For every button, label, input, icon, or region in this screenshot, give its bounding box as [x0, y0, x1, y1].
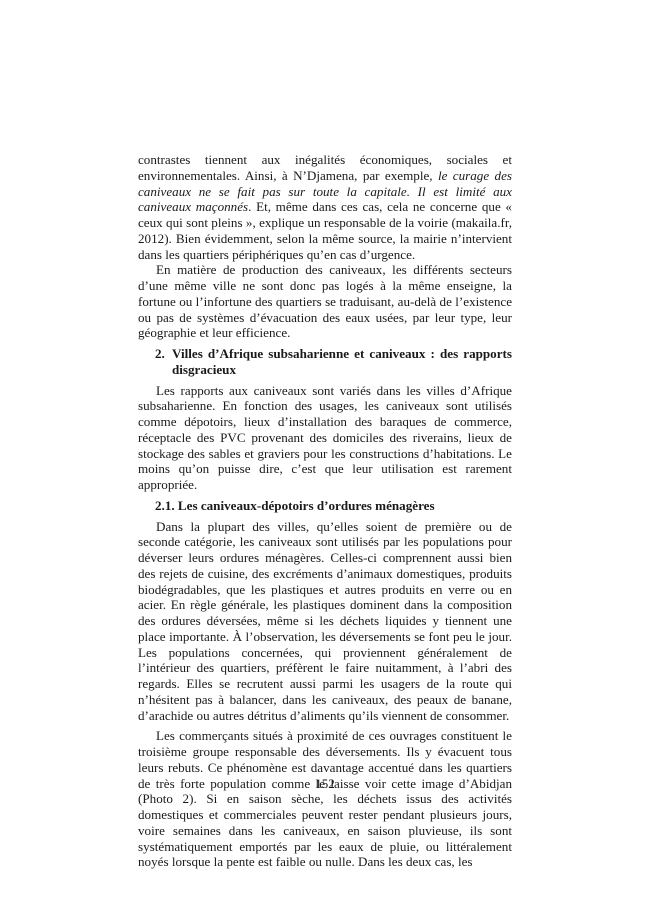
page-body: contrastes tiennent aux inégalités écono… — [138, 152, 512, 870]
paragraph-4: Dans la plupart des villes, qu’elles soi… — [138, 519, 512, 724]
section-number: 2. — [155, 346, 172, 378]
section-title: Villes d’Afrique subsaharienne et canive… — [172, 346, 512, 378]
paragraph-2: En matière de production des caniveaux, … — [138, 262, 512, 341]
paragraph-1: contrastes tiennent aux inégalités écono… — [138, 152, 512, 262]
section-heading-2: 2. Villes d’Afrique subsaharienne et can… — [138, 346, 512, 378]
page-number: 152 — [0, 776, 650, 792]
paragraph-3: Les rapports aux caniveaux sont variés d… — [138, 383, 512, 493]
paragraph-5: Les commerçants situés à proximité de ce… — [138, 728, 512, 870]
subsection-heading-2-1: 2.1. Les caniveaux-dépotoirs d’ordures m… — [138, 498, 512, 514]
